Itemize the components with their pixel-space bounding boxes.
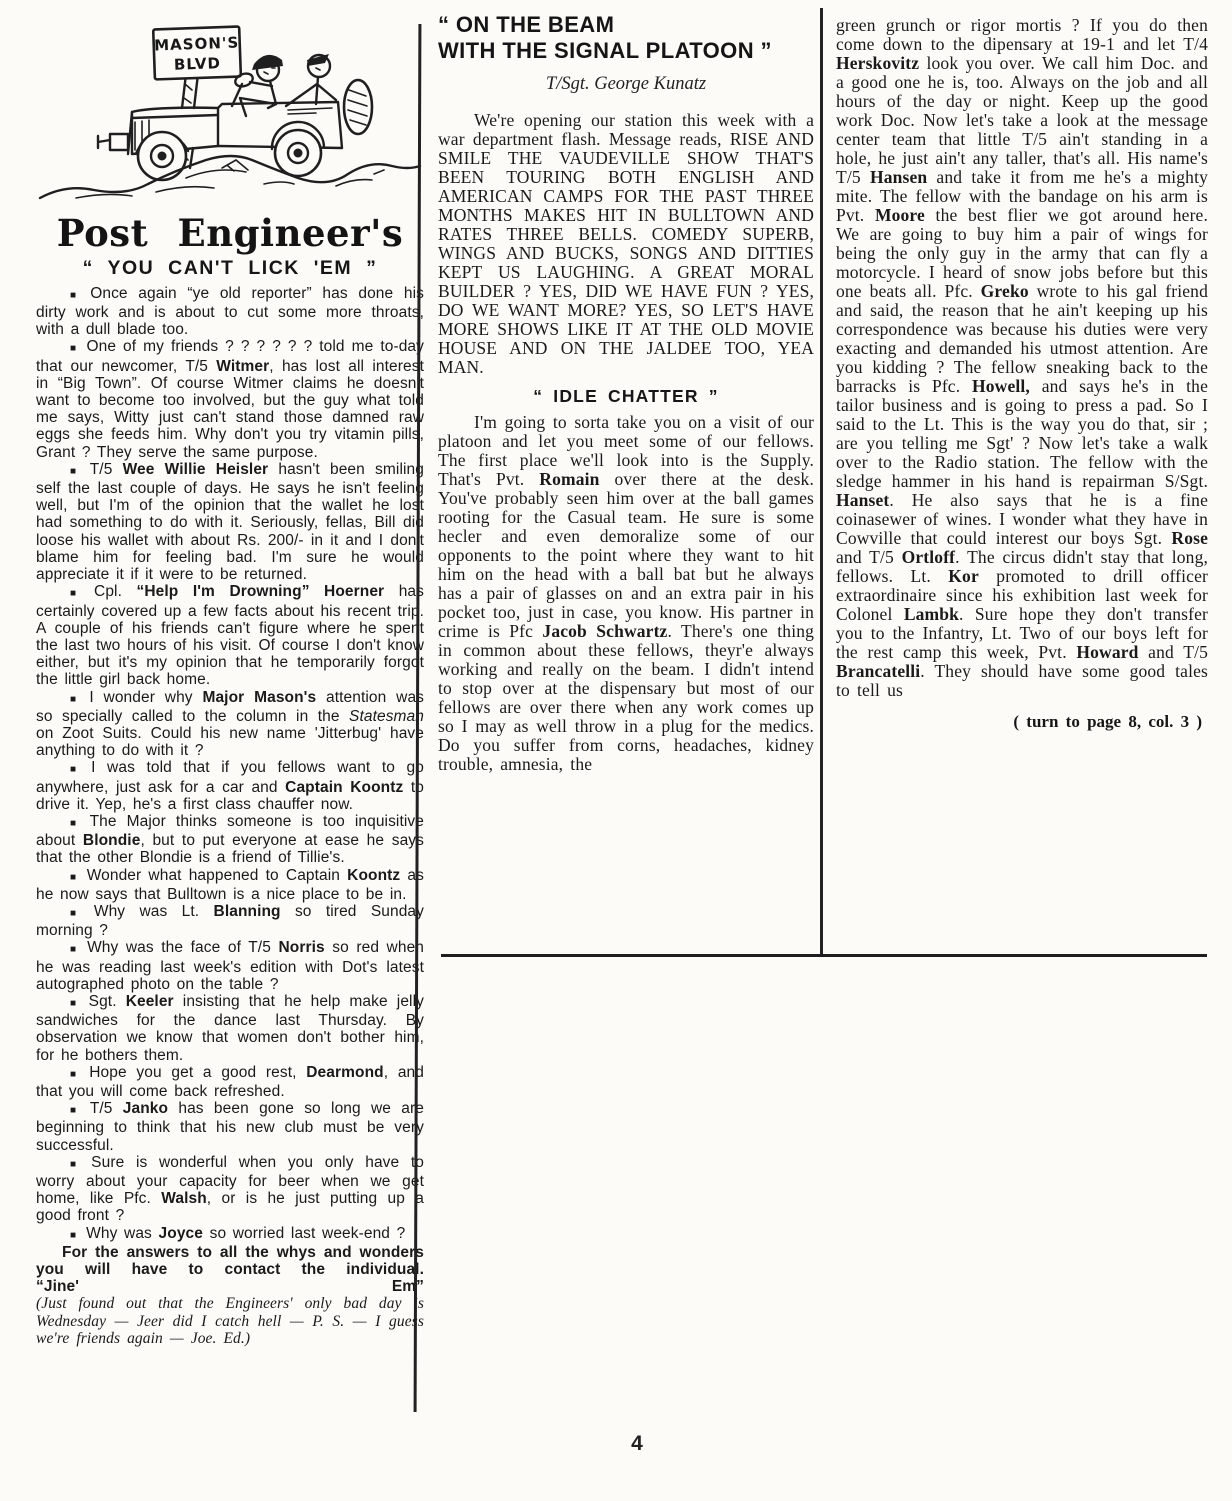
title-line-1: “ ON THE BEAM [438,12,814,38]
middle-paragraph: We're opening our station this week with… [438,111,814,377]
left-paragraph: ■One of my friends ? ? ? ? ? ? told me t… [36,338,424,460]
you-cant-lick-em-subtitle: “ YOU CAN'T LICK 'EM ” [36,257,424,280]
left-paragraph: For the answers to all the whys and wond… [36,1244,424,1296]
left-column-paragraphs: ■Once again “ye old reporter” has done h… [36,285,424,1348]
newspaper-page: MASON'S BLVD [0,0,1232,1501]
sign-line-2: BLVD [174,54,222,74]
right-paragraph: green grunch or rigor mortis ? If you do… [836,16,1208,700]
left-paragraph: ■Why was the face of T/5 Norris so red w… [36,939,424,993]
left-paragraph: ■I was told that if you fellows want to … [36,759,424,813]
opening-paragraphs: We're opening our station this week with… [438,111,814,377]
column-divider-right [820,8,823,956]
left-paragraph: ■Sgt. Keeler insisting that he help make… [36,993,424,1064]
left-paragraph: ■T/5 Wee Willie Heisler hasn't been smil… [36,461,424,583]
on-the-beam-title: “ ON THE BEAM WITH THE SIGNAL PLATOON ” [438,12,814,64]
left-paragraph: ■Why was Lt. Blanning so tired Sunday mo… [36,903,424,939]
sign-line-1: MASON'S [154,33,240,54]
post-engineers-title: Post Engineer's [36,214,424,253]
left-paragraph: ■Wonder what happened to Captain Koontz … [36,867,424,903]
front-wheel [138,132,186,180]
title-line-2: WITH THE SIGNAL PLATOON ” [438,38,814,64]
left-paragraph: ■Cpl. “Help I'm Drowning” Hoerner has ce… [36,583,424,688]
left-paragraph: ■Hope you get a good rest, Dearmond, and… [36,1064,424,1100]
page-number: 4 [597,1432,677,1456]
passenger-figure [286,54,336,106]
byline: T/Sgt. George Kunatz [438,74,814,95]
rear-wheel [275,130,321,176]
left-paragraph: ■Sure is wonderful when you only have to… [36,1154,424,1225]
left-paragraph: ■Once again “ye old reporter” has done h… [36,285,424,339]
idle-chatter-heading: “ IDLE CHATTER ” [438,386,814,407]
turn-to-page-note: ( turn to page 8, col. 3 ) [836,712,1202,732]
left-paragraph: ■I wonder why Major Mason's attention wa… [36,689,424,760]
right-column-paragraphs: green grunch or rigor mortis ? If you do… [836,16,1208,700]
left-paragraph: ■T/5 Janko has been gone so long we are … [36,1100,424,1154]
left-paragraph: (Just found out that the Engineers' only… [36,1295,424,1348]
ground [40,156,420,198]
left-paragraph: ■The Major thinks someone is too inquisi… [36,813,424,867]
jeep-cartoon: MASON'S BLVD [36,8,424,204]
middle-paragraph: I'm going to sorta take you on a visit o… [438,413,814,774]
middle-column: “ ON THE BEAM WITH THE SIGNAL PLATOON ” … [438,12,814,774]
left-paragraph: ■Why was Joyce so worried last week-end … [36,1225,424,1244]
right-column: green grunch or rigor mortis ? If you do… [836,16,1208,732]
chatter-paragraphs: I'm going to sorta take you on a visit o… [438,413,814,774]
spare-tire [344,80,372,134]
article-end-rule [441,954,1207,957]
left-column: MASON'S BLVD [36,8,424,1348]
